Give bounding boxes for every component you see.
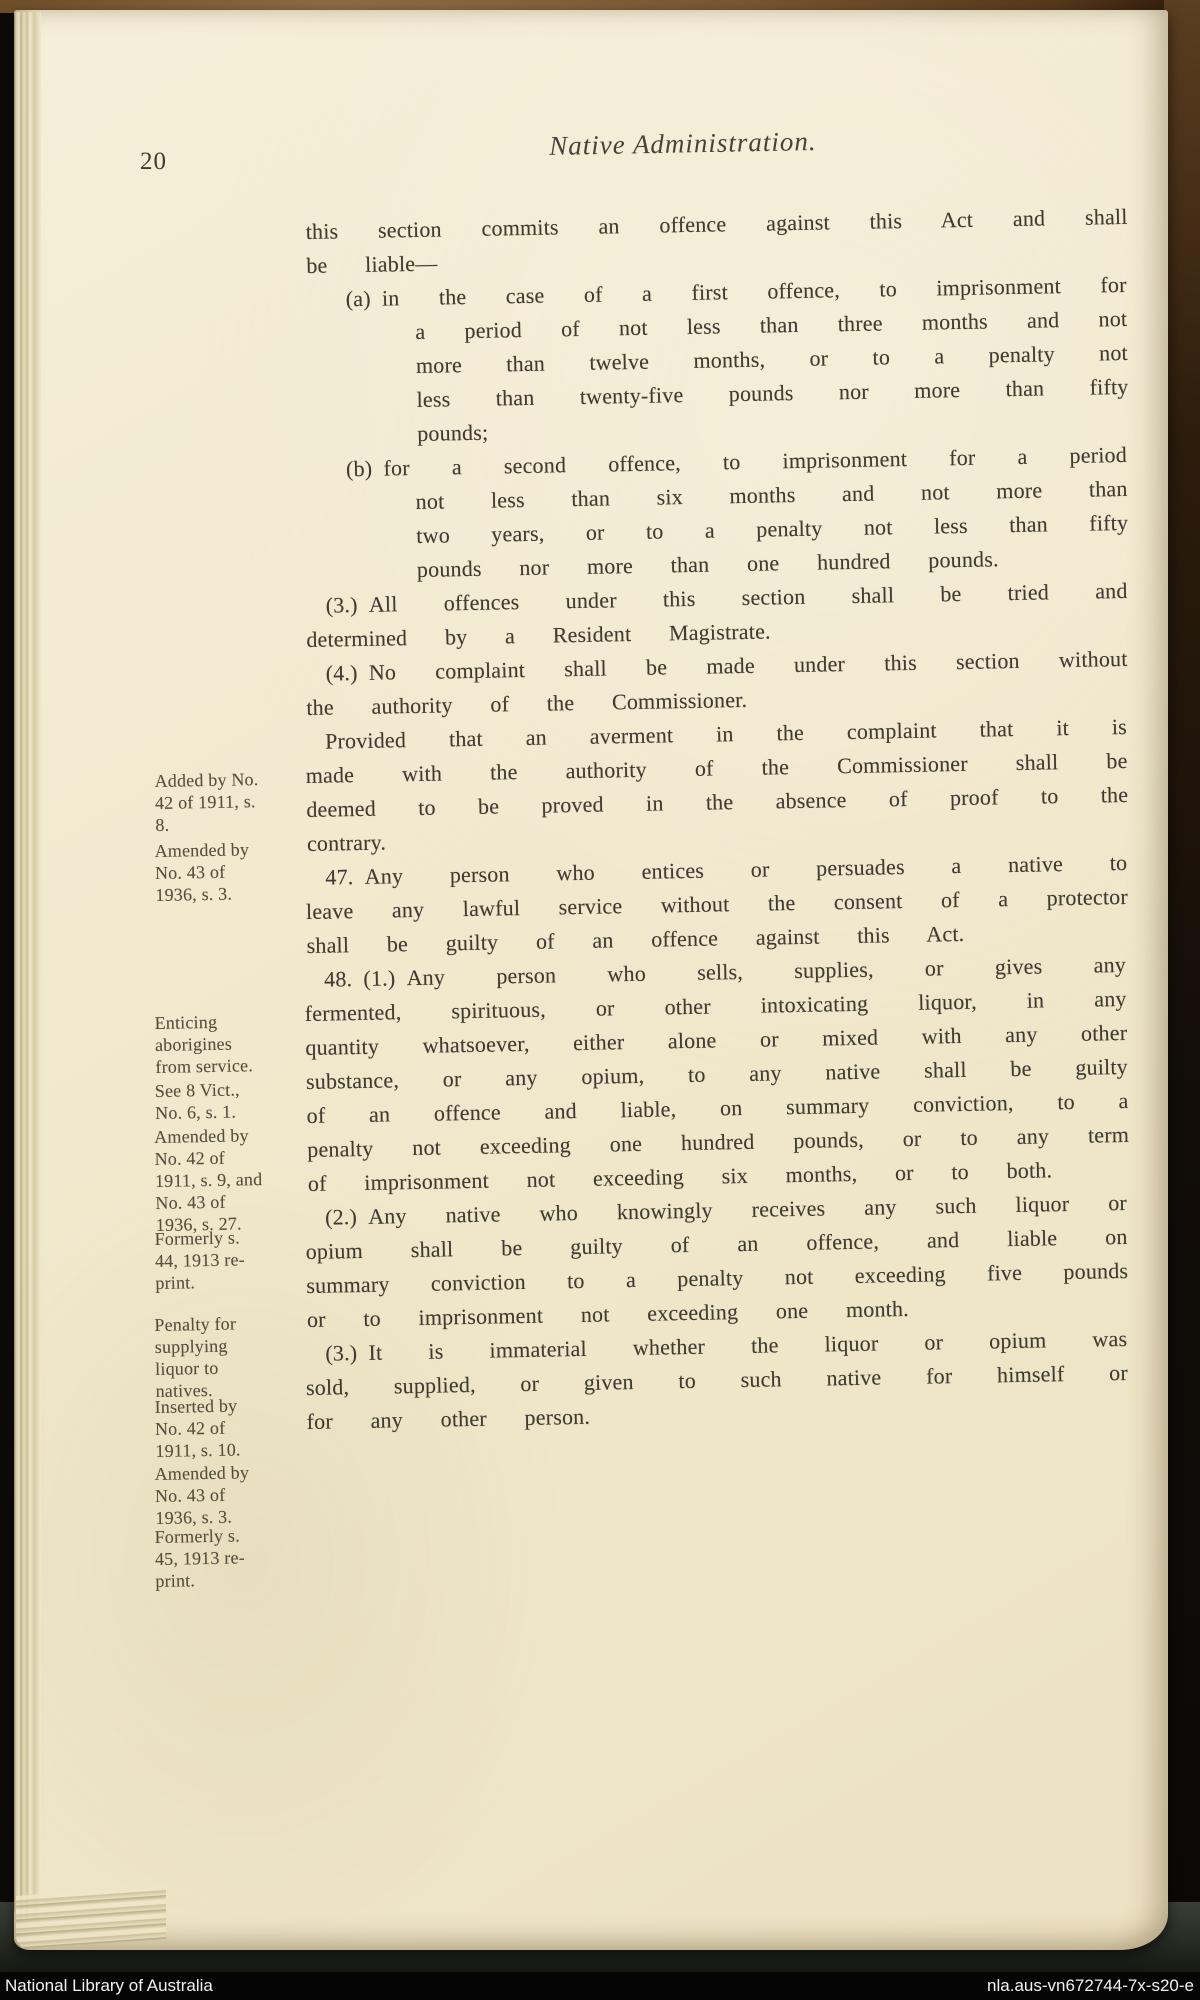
margin-note-inserted-1911: Inserted by No. 42 of 1911, s. 10. <box>154 1394 267 1462</box>
page-edge-stack-bottom <box>16 1886 166 1950</box>
footer-catalogue-id: nla.aus-vn672744-7x-s20-e <box>987 1976 1194 1996</box>
section-48-2: (2.) Any native who knowingly receives a… <box>305 1186 1129 1337</box>
scanner-background-right <box>1164 0 1200 2000</box>
margin-note-amended-1936-a: Amended by No. 43 of 1936, s. 3. <box>154 838 267 906</box>
viewer-footer-bar: National Library of Australia nla.aus-vn… <box>0 1972 1200 2000</box>
page-edge-stack-left <box>14 12 41 1920</box>
paragraph-proviso: Provided that an averment in the complai… <box>305 710 1129 861</box>
margin-note-enticing: Enticing aborigines from service. <box>154 1010 267 1078</box>
margin-note-formerly-45: Formerly s. 45, 1913 re-print. <box>154 1524 267 1592</box>
section-48-1: 48. (1.) Any person who sells, supplies,… <box>304 948 1130 1201</box>
scan-viewport: 20 Native Administration. Added by No. 4… <box>0 0 1200 2000</box>
clause-b: (b) for a second offence, to imprisonmen… <box>305 438 1129 589</box>
margin-note-amended-1936-b: Amended by No. 43 of 1936, s. 3. <box>154 1461 267 1529</box>
margin-note-added-1911: Added by No. 42 of 1911, s. 8. <box>154 768 267 836</box>
section-47: 47. Any person who entices or persuades … <box>305 846 1129 963</box>
margin-note-amended-1911-1936: Amended by No. 42 of 1911, s. 9, and No.… <box>154 1124 268 1236</box>
running-title: Native Administration. <box>272 121 1094 167</box>
section-48-3: (3.) It is immaterial whether the liquor… <box>305 1322 1129 1439</box>
statute-text-column: this section commits an offence against … <box>306 215 1128 1439</box>
footer-library-name: National Library of Australia <box>5 1976 213 1996</box>
clause-a: (a) in the case of a first offence, to i… <box>304 268 1129 453</box>
book-page: 20 Native Administration. Added by No. 4… <box>14 10 1168 1950</box>
margin-note-formerly-44: Formerly s. 44, 1913 re-print. <box>154 1226 267 1294</box>
margin-note-penalty-liquor: Penalty for supplying liquor to natives. <box>154 1312 268 1402</box>
margin-note-see-8-vict: See 8 Vict., No. 6, s. 1. <box>155 1078 268 1124</box>
page-number: 20 <box>140 148 167 176</box>
